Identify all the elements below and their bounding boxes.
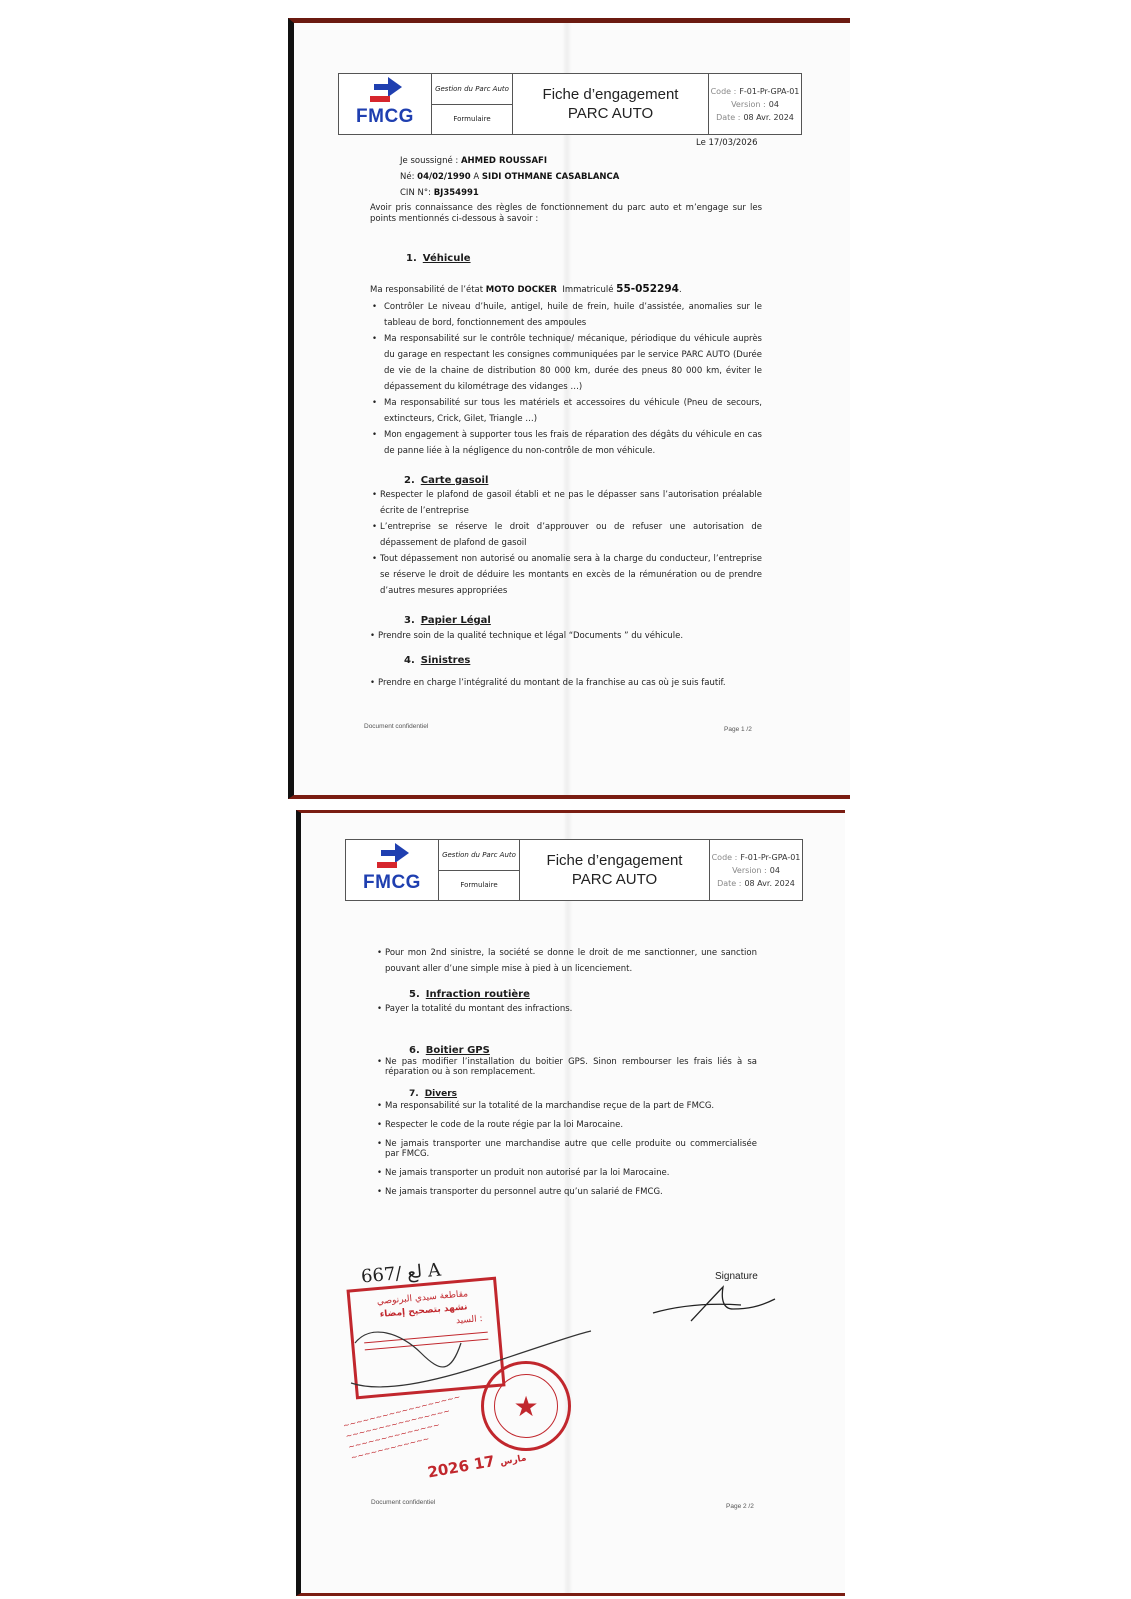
signature-label: Signature <box>715 1271 758 1282</box>
list-item: Ne jamais transporter du personnel autre… <box>377 1187 757 1197</box>
list-item: Respecter le plafond de gasoil établi et… <box>372 487 762 519</box>
footer-confidential: Document confidentiel <box>364 723 428 730</box>
section-title-infraction-routiere: 5.Infraction routière <box>409 989 530 1000</box>
list-item: Payer la totalité du montant des infract… <box>377 1001 757 1017</box>
section-title-sinistres: 4.Sinistres <box>404 655 470 666</box>
divers-bullets: Ma responsabilité sur la totalité de la … <box>377 1101 757 1197</box>
vehicule-bullets: Contrôler Le niveau d’huile, antigel, hu… <box>370 299 762 459</box>
document-page-1: FMCG Gestion du Parc Auto Formulaire Fic… <box>288 18 850 799</box>
list-item: Ma responsabilité sur la totalité de la … <box>377 1101 757 1111</box>
identity-block: Je soussigné : AHMED ROUSSAFI Né: 04/02/… <box>400 153 619 201</box>
form-header: FMCG Gestion du Parc Auto Formulaire Fic… <box>345 839 803 901</box>
list-item: Mon engagement à supporter tous les frai… <box>370 427 762 459</box>
list-item: Pour mon 2nd sinistre, la société se don… <box>377 945 757 977</box>
list-item: Ma responsabilité sur tous les matériels… <box>370 395 762 427</box>
list-item: Respecter le code de la route régie par … <box>377 1120 757 1130</box>
footer-page-number: Page 1 /2 <box>724 726 752 733</box>
paper-crease <box>563 813 573 1593</box>
stamp-date: 2026 مارس 17 <box>426 1446 527 1481</box>
list-item: L’entreprise se réserve le droit d’appro… <box>372 519 762 551</box>
form-title: Fiche d’engagement PARC AUTO <box>520 840 710 900</box>
document-page-2: FMCG Gestion du Parc Auto Formulaire Fic… <box>296 810 845 1596</box>
list-item: Prendre soin de la qualité technique et … <box>370 628 762 644</box>
header-doc-type: Formulaire <box>432 105 512 135</box>
section-title-carte-gasoil: 2.Carte gasoil <box>404 475 488 486</box>
company-logo: FMCG <box>346 840 439 900</box>
footer-page-number: Page 2 /2 <box>726 1503 754 1510</box>
section-title-divers: 7.Divers <box>409 1089 457 1099</box>
fmcg-arrow-icon <box>375 846 409 872</box>
fmcg-arrow-icon <box>368 80 402 106</box>
infraction-bullets: Payer la totalité du montant des infract… <box>377 1001 757 1017</box>
form-code-block: Code :F-01-Pr-GPA-01 Version :04 Date :0… <box>709 74 801 134</box>
signature-scribble <box>651 1285 781 1325</box>
form-code-block: Code :F-01-Pr-GPA-01 Version :04 Date :0… <box>710 840 802 900</box>
stamp-signature-stroke <box>341 1313 601 1403</box>
list-item: Ne jamais transporter un produit non aut… <box>377 1168 757 1178</box>
section-title-vehicule: 1.Véhicule <box>406 253 471 264</box>
header-doc-type: Formulaire <box>439 871 519 901</box>
form-title: Fiche d’engagement PARC AUTO <box>513 74 709 134</box>
company-logo: FMCG <box>339 74 432 134</box>
list-item: Tout dépassement non autorisé ou anomali… <box>372 551 762 599</box>
header-category: Gestion du Parc Auto <box>432 74 512 105</box>
intro-paragraph: Avoir pris connaissance des règles de fo… <box>370 203 762 225</box>
sinistres-continuation-bullets: Pour mon 2nd sinistre, la société se don… <box>377 945 757 977</box>
header-category: Gestion du Parc Auto <box>439 840 519 871</box>
papier-legal-bullets: Prendre soin de la qualité technique et … <box>370 628 762 644</box>
list-item: Prendre en charge l’intégralité du monta… <box>370 675 762 691</box>
carte-gasoil-bullets: Respecter le plafond de gasoil établi et… <box>372 487 762 599</box>
form-header: FMCG Gestion du Parc Auto Formulaire Fic… <box>338 73 802 135</box>
footer-confidential: Document confidentiel <box>371 1499 435 1506</box>
boitier-gps-bullets: Ne pas modifier l’installation du boitie… <box>377 1057 757 1077</box>
list-item: Ma responsabilité sur le contrôle techni… <box>370 331 762 395</box>
list-item: Ne jamais transporter une marchandise au… <box>377 1139 757 1159</box>
section-title-boitier-gps: 6.Boitier GPS <box>409 1045 490 1056</box>
list-item: Ne pas modifier l’installation du boitie… <box>377 1057 757 1077</box>
sinistres-bullets: Prendre en charge l’intégralité du monta… <box>370 675 762 691</box>
list-item: Contrôler Le niveau d’huile, antigel, hu… <box>370 299 762 331</box>
section-title-papier-legal: 3.Papier Légal <box>404 615 491 626</box>
vehicle-statement: Ma responsabilité de l’état MOTO DOCKER … <box>370 281 682 298</box>
document-date: Le 17/03/2026 <box>696 135 758 151</box>
